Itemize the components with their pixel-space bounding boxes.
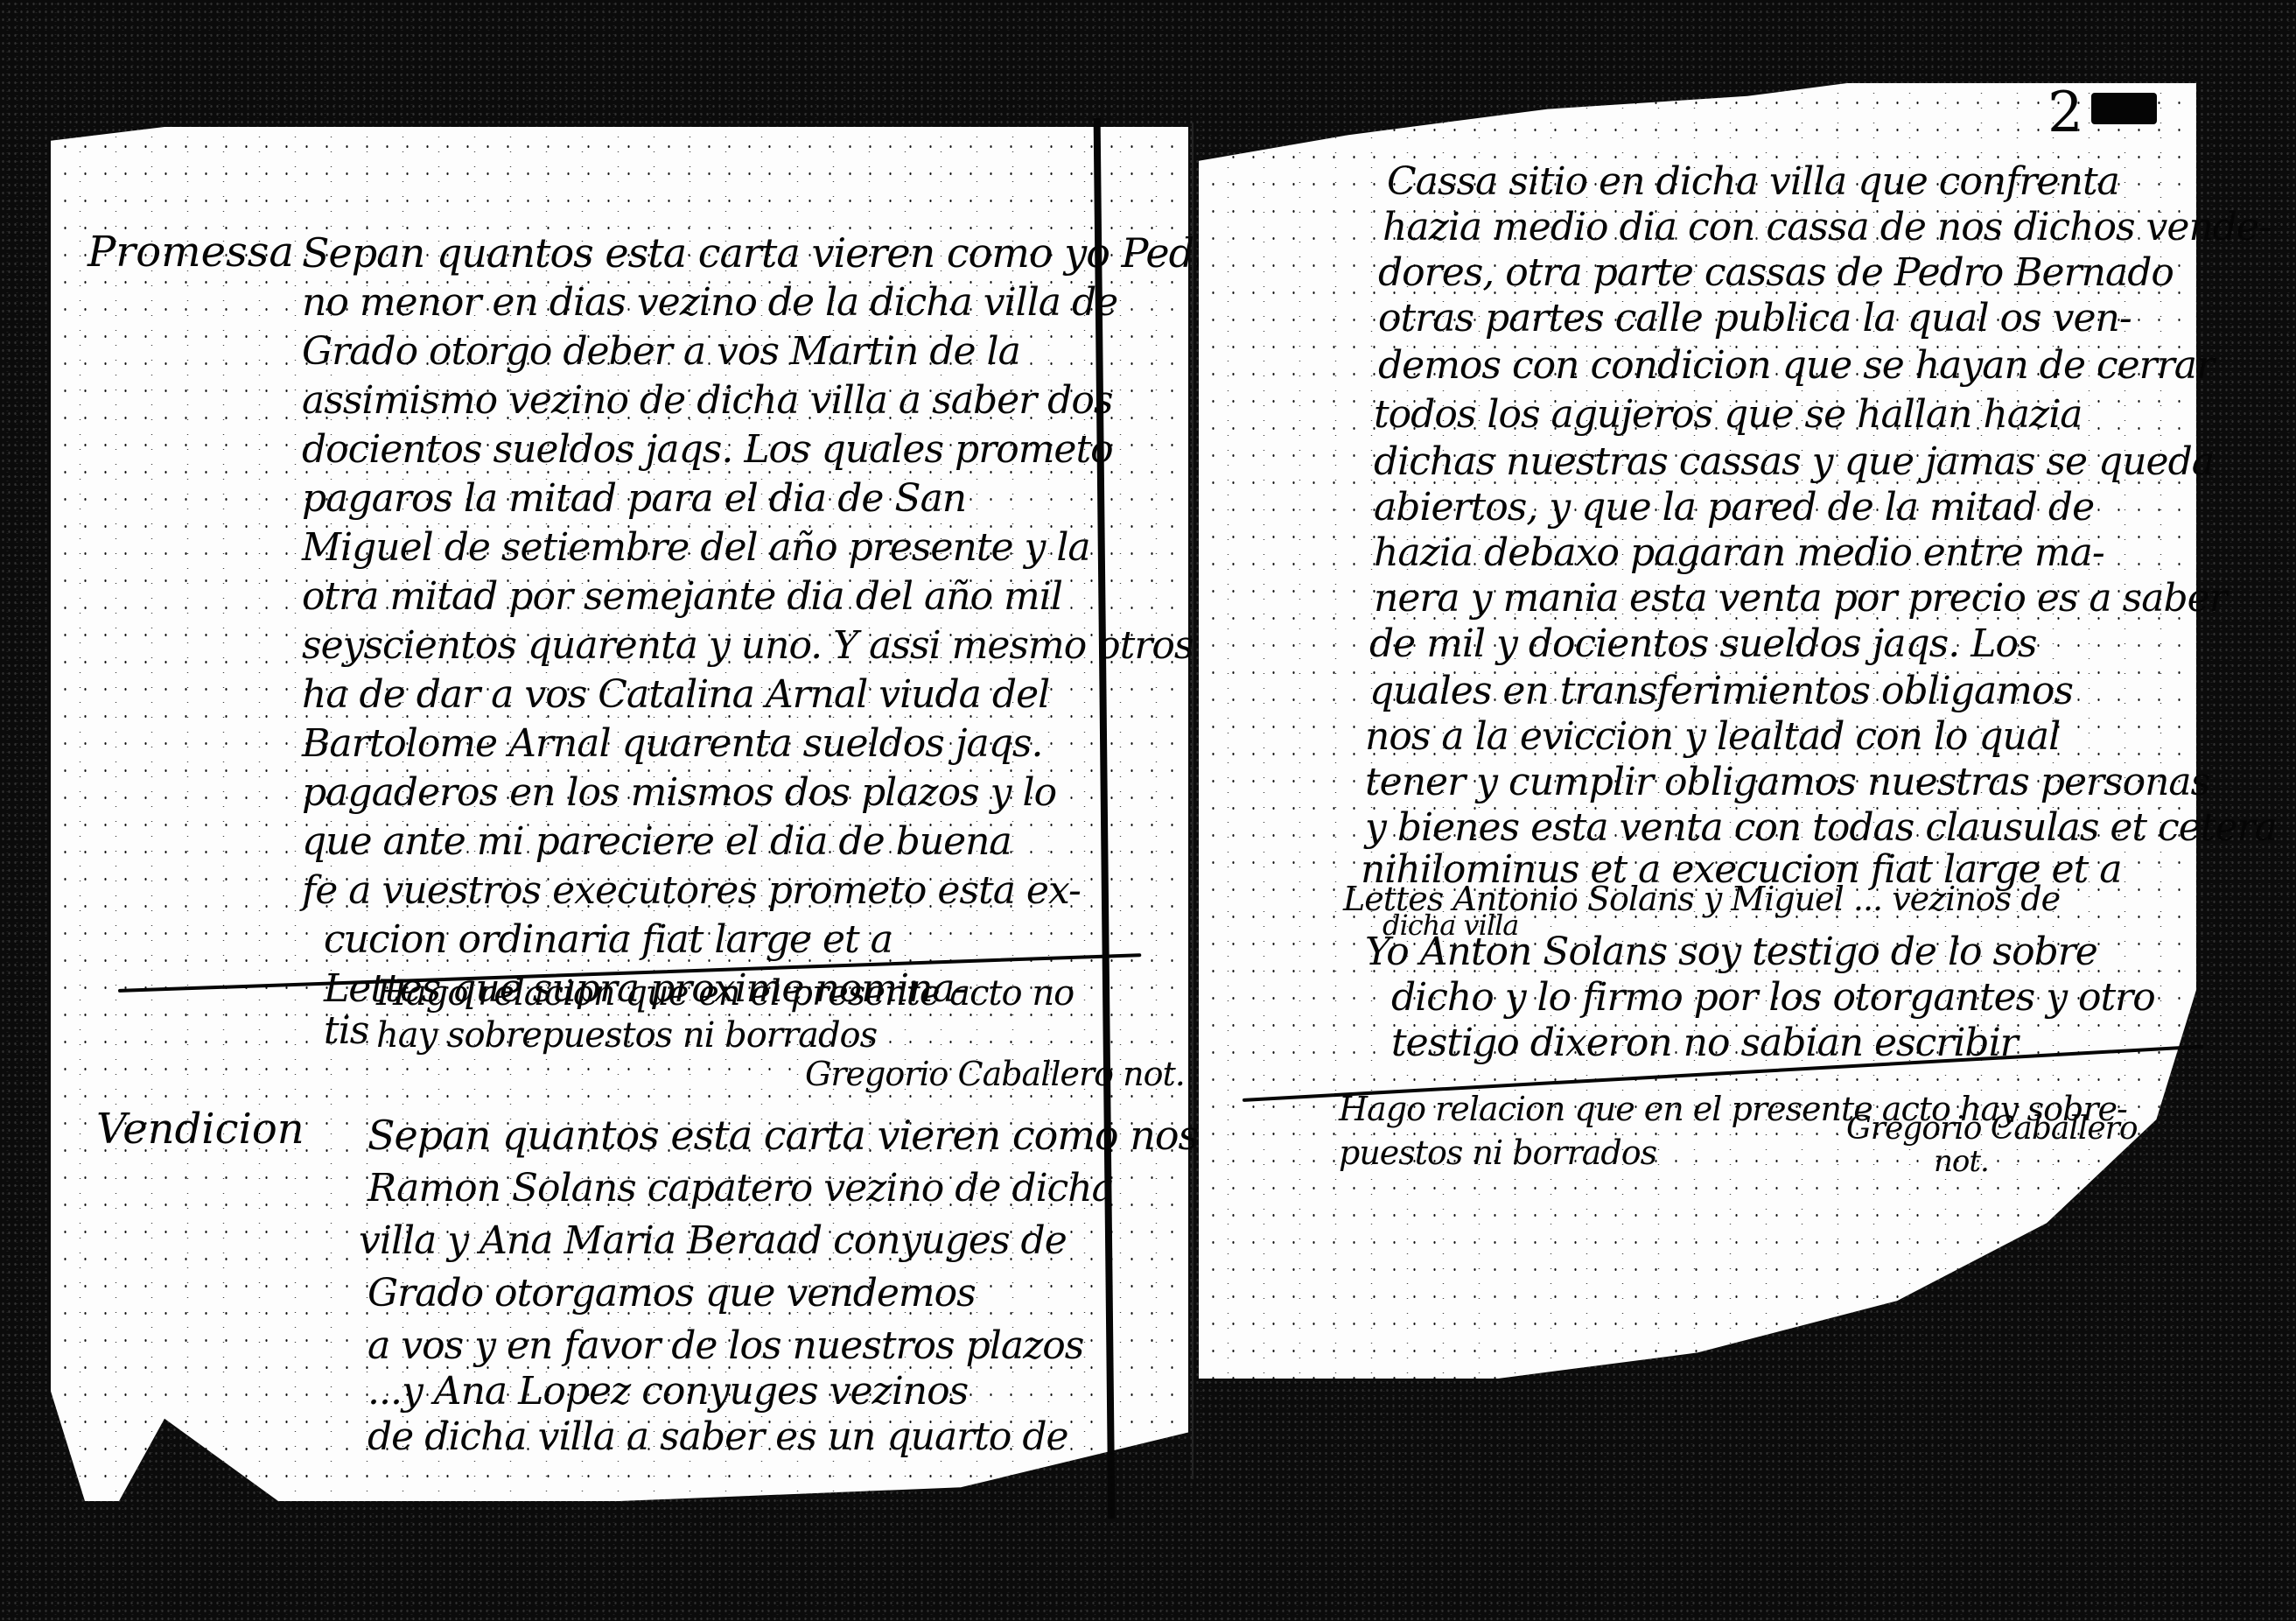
attestation-line: puestos ni borrados — [1339, 1129, 1656, 1177]
text-line: Cassa sitio en dicha villa que confrenta — [1387, 158, 2119, 206]
text-line: tis — [324, 1007, 368, 1055]
text-line: otras partes calle publica la qual os ve… — [1378, 294, 2131, 342]
text-line: Grado otorgo deber a vos Martin de la — [302, 327, 1020, 375]
text-line: villa y Ana Maria Beraad conyuges de — [359, 1217, 1067, 1265]
text-line: ha de dar a vos Catalina Arnal viuda del — [302, 670, 1049, 719]
text-line: ...y Ana Lopez conyuges vezinos — [367, 1367, 968, 1415]
text-line: Grado otorgamos que vendemos — [367, 1269, 976, 1317]
text-line: hazia debaxo pagaran medio entre ma- — [1374, 529, 2104, 577]
attestation-line: hay sobrepuestos ni borrados — [376, 1012, 877, 1060]
text-line: dicho y lo firmo por los otorgantes y ot… — [1391, 973, 2155, 1021]
text-line: dichas nuestras cassas y que jamas se qu… — [1374, 438, 2214, 486]
text-line: cucion ordinaria fiat large et a — [324, 916, 892, 964]
text-line: hazia medio dia con cassa de nos dichos … — [1382, 203, 2271, 251]
margin-note-promessa: Promessa — [87, 228, 294, 277]
text-line: y bienes esta venta con todas clausulas … — [1365, 803, 2277, 852]
text-line: assimismo vezino de dicha villa a saber … — [302, 376, 1112, 425]
attestation-line: Hago relacion que en el presente acto no — [376, 970, 1074, 1018]
notary-rubric: not. — [1934, 1138, 1989, 1186]
text-line: a vos y en favor de los nuestros plazos — [367, 1322, 1083, 1370]
text-line: Yo Anton Solans soy testigo de lo sobre — [1365, 928, 2097, 976]
text-line: que ante mi pareciere el dia de buena — [302, 818, 1011, 866]
text-line: quales en transferimientos obligamos — [1369, 667, 2073, 715]
text-line: Sepan quantos esta carta vieren como nos… — [367, 1112, 1298, 1160]
text-line: fe a vuestros executores prometo esta ex… — [302, 867, 1081, 915]
text-line: otra mitad por semejante dia del año mil — [302, 572, 1062, 621]
notary-signature: Gregorio Caballero not. — [805, 1050, 1185, 1098]
book-gutter-edge — [1192, 123, 1193, 1479]
notary-signature: Gregorio Caballero — [1846, 1105, 2138, 1153]
text-line: dores, otra parte cassas de Pedro Bernad… — [1378, 249, 2173, 297]
text-line: nos a la eviccion y lealtad con lo qual — [1365, 712, 2060, 761]
text-line: docientos sueldos jaqs. Los quales prome… — [302, 425, 1113, 474]
text-line: no menor en dias vezino de la dicha vill… — [302, 278, 1117, 326]
text-line: pagaderos en los mismos dos plazos y lo — [302, 768, 1056, 817]
text-line: Bartolome Arnal quarenta sueldos jaqs. — [302, 719, 1042, 768]
text-line: todos los agujeros que se hallan hazia — [1374, 390, 2082, 439]
text-line: de dicha villa a saber es un quarto de — [367, 1413, 1068, 1461]
text-line: tener y cumplir obligamos nuestras perso… — [1365, 758, 2209, 806]
text-line: demos con condicion que se hayan de cerr… — [1378, 341, 2214, 389]
ink-blot — [2091, 93, 2157, 124]
folio-number: 2 — [2047, 81, 2083, 145]
text-line: Miguel de setiembre del año presente y l… — [302, 523, 1090, 572]
text-line: pagaros la mitad para el dia de San — [302, 474, 966, 523]
text-line: abiertos, y que la pared de la mitad de — [1374, 483, 2094, 531]
text-line: Ramon Solans capatero vezino de dicha — [367, 1164, 1114, 1212]
text-line: seyscientos quarenta y uno. Y assi mesmo… — [302, 621, 1193, 670]
margin-note-vendicion: Vendicion — [96, 1105, 304, 1154]
text-line: nera y mania esta venta por precio es a … — [1374, 574, 2227, 622]
text-line: de mil y docientos sueldos jaqs. Los — [1369, 620, 2037, 668]
